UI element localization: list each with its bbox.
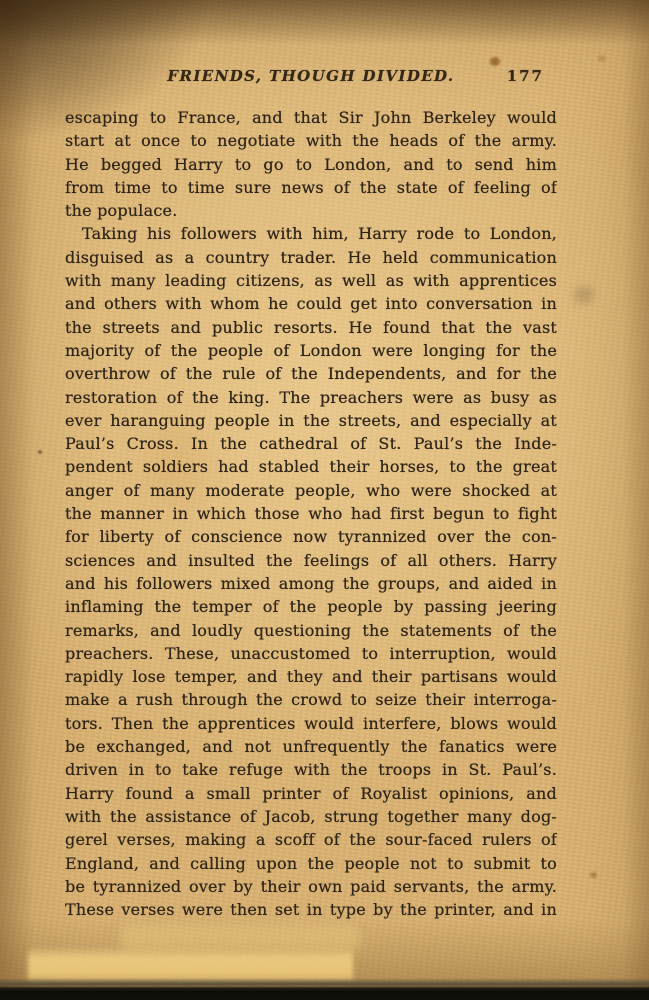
text-line: for liberty of conscience now tyrannized…: [65, 525, 557, 548]
foxing-spot: [490, 57, 500, 66]
text-line: pendent soldiers had stabled their horse…: [65, 455, 557, 478]
text-line: rapidly lose temper, and they and their …: [65, 665, 557, 688]
text-line: and others with whom he could get into c…: [65, 292, 557, 315]
text-line: restoration of the king. The preachers w…: [65, 386, 557, 409]
text-line: overthrow of the rule of the Independent…: [65, 362, 557, 385]
paper: FRIENDS, THOUGH DIVIDED. 177 escaping to…: [0, 0, 649, 988]
text-line: tors. Then the apprentices would interfe…: [65, 712, 557, 735]
paper-speck: [590, 872, 597, 878]
book-page-scan: FRIENDS, THOUGH DIVIDED. 177 escaping to…: [0, 0, 649, 1000]
text-line: the manner in which those who had first …: [65, 502, 557, 525]
text-line: the streets and public resorts. He found…: [65, 316, 557, 339]
text-line: disguised as a country trader. He held c…: [65, 246, 557, 269]
text-line: preachers. These, unaccustomed to interr…: [65, 642, 557, 665]
running-title: FRIENDS, THOUGH DIVIDED.: [167, 67, 454, 85]
text-line: He begged Harry to go to London, and to …: [65, 153, 557, 176]
text-line: ever haranguing people in the streets, a…: [65, 409, 557, 432]
paragraph: escaping to France, and that Sir John Be…: [65, 106, 557, 222]
book-bottom-edge: [0, 978, 649, 1000]
foxing-spot: [598, 55, 606, 62]
text-line: start at once to negotiate with the head…: [65, 129, 557, 152]
text-line: remarks, and loudly questioning the stat…: [65, 619, 557, 642]
text-line: from time to time sure news of the state…: [65, 176, 557, 199]
body-text: escaping to France, and that Sir John Be…: [65, 106, 557, 921]
text-line: and his followers mixed among the groups…: [65, 572, 557, 595]
paragraph: Taking his followers with him, Harry rod…: [65, 222, 557, 921]
text-line: These verses were then set in type by th…: [65, 898, 557, 921]
text-line: with many leading citizens, as well as w…: [65, 269, 557, 292]
paper-speck: [38, 450, 42, 454]
text-line: sciences and insulted the feelings of al…: [65, 549, 557, 572]
text-line: escaping to France, and that Sir John Be…: [65, 106, 557, 129]
text-line: Harry found a small printer of Royalist …: [65, 782, 557, 805]
text-line: Paul’s Cross. In the cathedral of St. Pa…: [65, 432, 557, 455]
text-line: inflaming the temper of the people by pa…: [65, 595, 557, 618]
page-number: 177: [507, 67, 544, 85]
scan-smear-band: [120, 925, 360, 951]
text-line: be exchanged, and not unfrequently the f…: [65, 735, 557, 758]
page-header: FRIENDS, THOUGH DIVIDED. 177: [65, 66, 557, 88]
paper-smudge: [574, 286, 594, 304]
text-line: driven in to take refuge with the troops…: [65, 758, 557, 781]
text-line: make a rush through the crowd to seize t…: [65, 688, 557, 711]
text-line: Taking his followers with him, Harry rod…: [65, 222, 557, 245]
text-line: the populace.: [65, 199, 557, 222]
text-line: England, and calling upon the people not…: [65, 852, 557, 875]
text-line: with the assistance of Jacob, strung tog…: [65, 805, 557, 828]
text-line: gerel verses, making a scoff of the sour…: [65, 828, 557, 851]
text-line: anger of many moderate people, who were …: [65, 479, 557, 502]
text-line: be tyrannized over by their own paid ser…: [65, 875, 557, 898]
text-line: majority of the people of London were lo…: [65, 339, 557, 362]
